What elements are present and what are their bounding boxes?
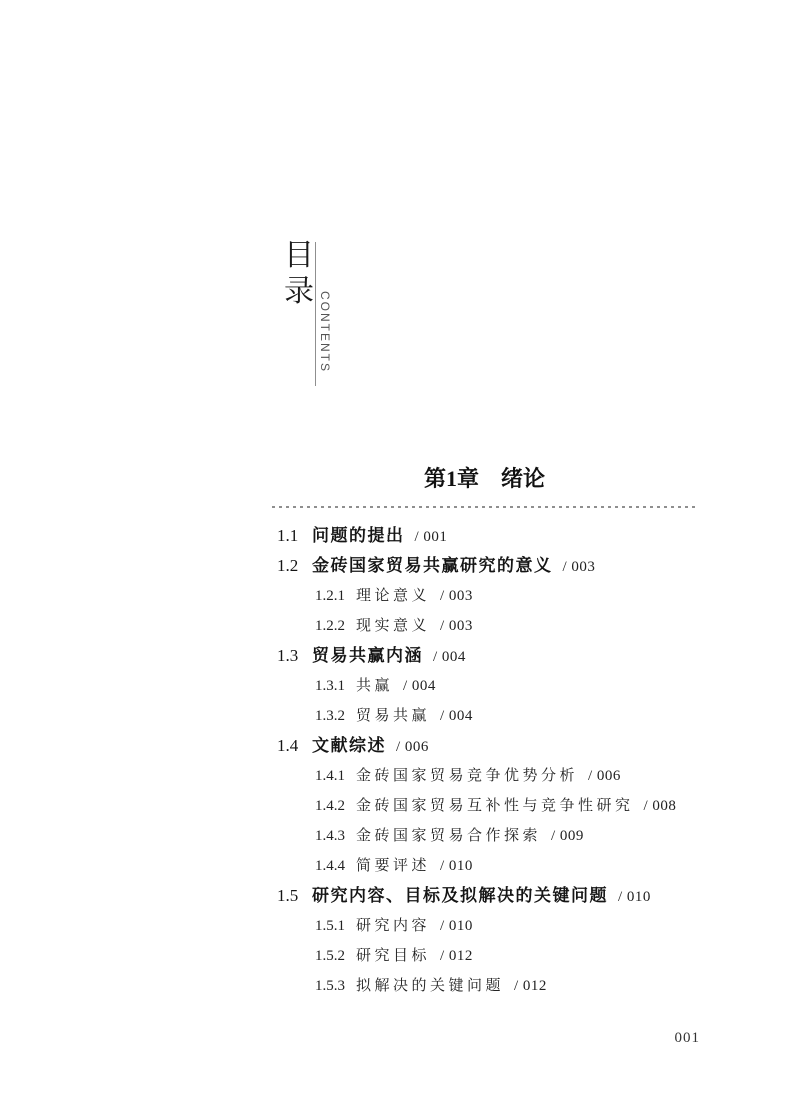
entry-page-number: / 012 (514, 978, 547, 994)
toc-entry: 1.5.2研究目标/ 012 (277, 941, 700, 971)
entry-page-number: / 006 (396, 739, 429, 755)
toc-entry: 1.4.2金砖国家贸易互补性与竞争性研究/ 008 (277, 791, 700, 821)
entry-page-number: / 012 (440, 948, 473, 964)
entry-title: 共赢 (356, 678, 393, 694)
entry-page-number: / 006 (588, 768, 621, 784)
header-vertical-rule (315, 242, 316, 386)
entry-page-number: / 009 (551, 828, 584, 844)
toc-page: 目 录 CONTENTS 第1章 绪论 1.1问题的提出/ 001 1.2金砖国… (0, 0, 799, 1118)
entry-page-number: / 010 (440, 918, 473, 934)
entry-title: 金砖国家贸易互补性与竞争性研究 (356, 798, 634, 814)
entry-number: 1.5.3 (315, 971, 356, 1001)
entry-number: 1.3 (277, 641, 312, 671)
entry-number: 1.5.1 (315, 911, 356, 941)
entry-number: 1.3.2 (315, 701, 356, 731)
entry-title: 研究内容 (356, 918, 430, 934)
entry-title: 金砖国家贸易共赢研究的意义 (312, 556, 553, 575)
footer-page-number: 001 (277, 1030, 700, 1047)
entry-page-number: / 004 (403, 678, 436, 694)
entry-number: 1.4.4 (315, 851, 356, 881)
entry-page-number: / 004 (440, 708, 473, 724)
toc-entry: 1.5.3拟解决的关键问题/ 012 (277, 971, 700, 1001)
entry-title: 贸易共赢内涵 (312, 646, 423, 665)
entry-number: 1.2.2 (315, 611, 356, 641)
toc-entry: 1.1问题的提出/ 001 (277, 521, 700, 551)
entry-title: 金砖国家贸易合作探索 (356, 828, 541, 844)
entry-page-number: / 010 (440, 858, 473, 874)
entry-page-number: / 010 (618, 889, 651, 905)
toc-entry: 1.4文献综述/ 006 (277, 731, 700, 761)
entry-title: 简要评述 (356, 858, 430, 874)
entry-page-number: / 003 (440, 588, 473, 604)
entry-title: 金砖国家贸易竞争优势分析 (356, 768, 578, 784)
entry-title: 贸易共赢 (356, 708, 430, 724)
toc-entry: 1.4.4简要评述/ 010 (277, 851, 700, 881)
chapter-title: 第1章 绪论 (272, 464, 697, 494)
entry-title: 现实意义 (356, 618, 430, 634)
entry-title: 问题的提出 (312, 526, 405, 545)
entry-number: 1.2 (277, 551, 312, 581)
toc-entry: 1.3贸易共赢内涵/ 004 (277, 641, 700, 671)
toc-title-char-2: 录 (283, 274, 315, 310)
contents-vertical-label: CONTENTS (317, 291, 332, 373)
toc-entry: 1.4.1金砖国家贸易竞争优势分析/ 006 (277, 761, 700, 791)
entry-number: 1.5 (277, 881, 312, 911)
toc-entry: 1.2.1理论意义/ 003 (277, 581, 700, 611)
entry-number: 1.2.1 (315, 581, 356, 611)
toc-entry: 1.3.1共赢/ 004 (277, 671, 700, 701)
entry-page-number: / 003 (563, 559, 596, 575)
entry-number: 1.4.3 (315, 821, 356, 851)
toc-entry: 1.2.2现实意义/ 003 (277, 611, 700, 641)
toc-entry: 1.3.2贸易共赢/ 004 (277, 701, 700, 731)
entry-number: 1.3.1 (315, 671, 356, 701)
entry-page-number: / 001 (415, 529, 448, 545)
entry-title: 研究内容、目标及拟解决的关键问题 (312, 886, 608, 905)
entry-page-number: / 003 (440, 618, 473, 634)
toc-header-title: 目 录 (283, 238, 315, 310)
entry-title: 文献综述 (312, 736, 386, 755)
entry-title: 研究目标 (356, 948, 430, 964)
toc-entry: 1.4.3金砖国家贸易合作探索/ 009 (277, 821, 700, 851)
entry-number: 1.4.1 (315, 761, 356, 791)
entry-title: 理论意义 (356, 588, 430, 604)
toc-list: 1.1问题的提出/ 001 1.2金砖国家贸易共赢研究的意义/ 003 1.2.… (277, 521, 700, 1001)
dotted-divider (272, 506, 697, 508)
entry-page-number: / 008 (644, 798, 677, 814)
entry-number: 1.5.2 (315, 941, 356, 971)
entry-number: 1.1 (277, 521, 312, 551)
entry-number: 1.4.2 (315, 791, 356, 821)
toc-entry: 1.5研究内容、目标及拟解决的关键问题/ 010 (277, 881, 700, 911)
entry-page-number: / 004 (433, 649, 466, 665)
entry-number: 1.4 (277, 731, 312, 761)
toc-entry: 1.2金砖国家贸易共赢研究的意义/ 003 (277, 551, 700, 581)
toc-entry: 1.5.1研究内容/ 010 (277, 911, 700, 941)
entry-title: 拟解决的关键问题 (356, 978, 504, 994)
toc-title-char-1: 目 (283, 238, 315, 274)
